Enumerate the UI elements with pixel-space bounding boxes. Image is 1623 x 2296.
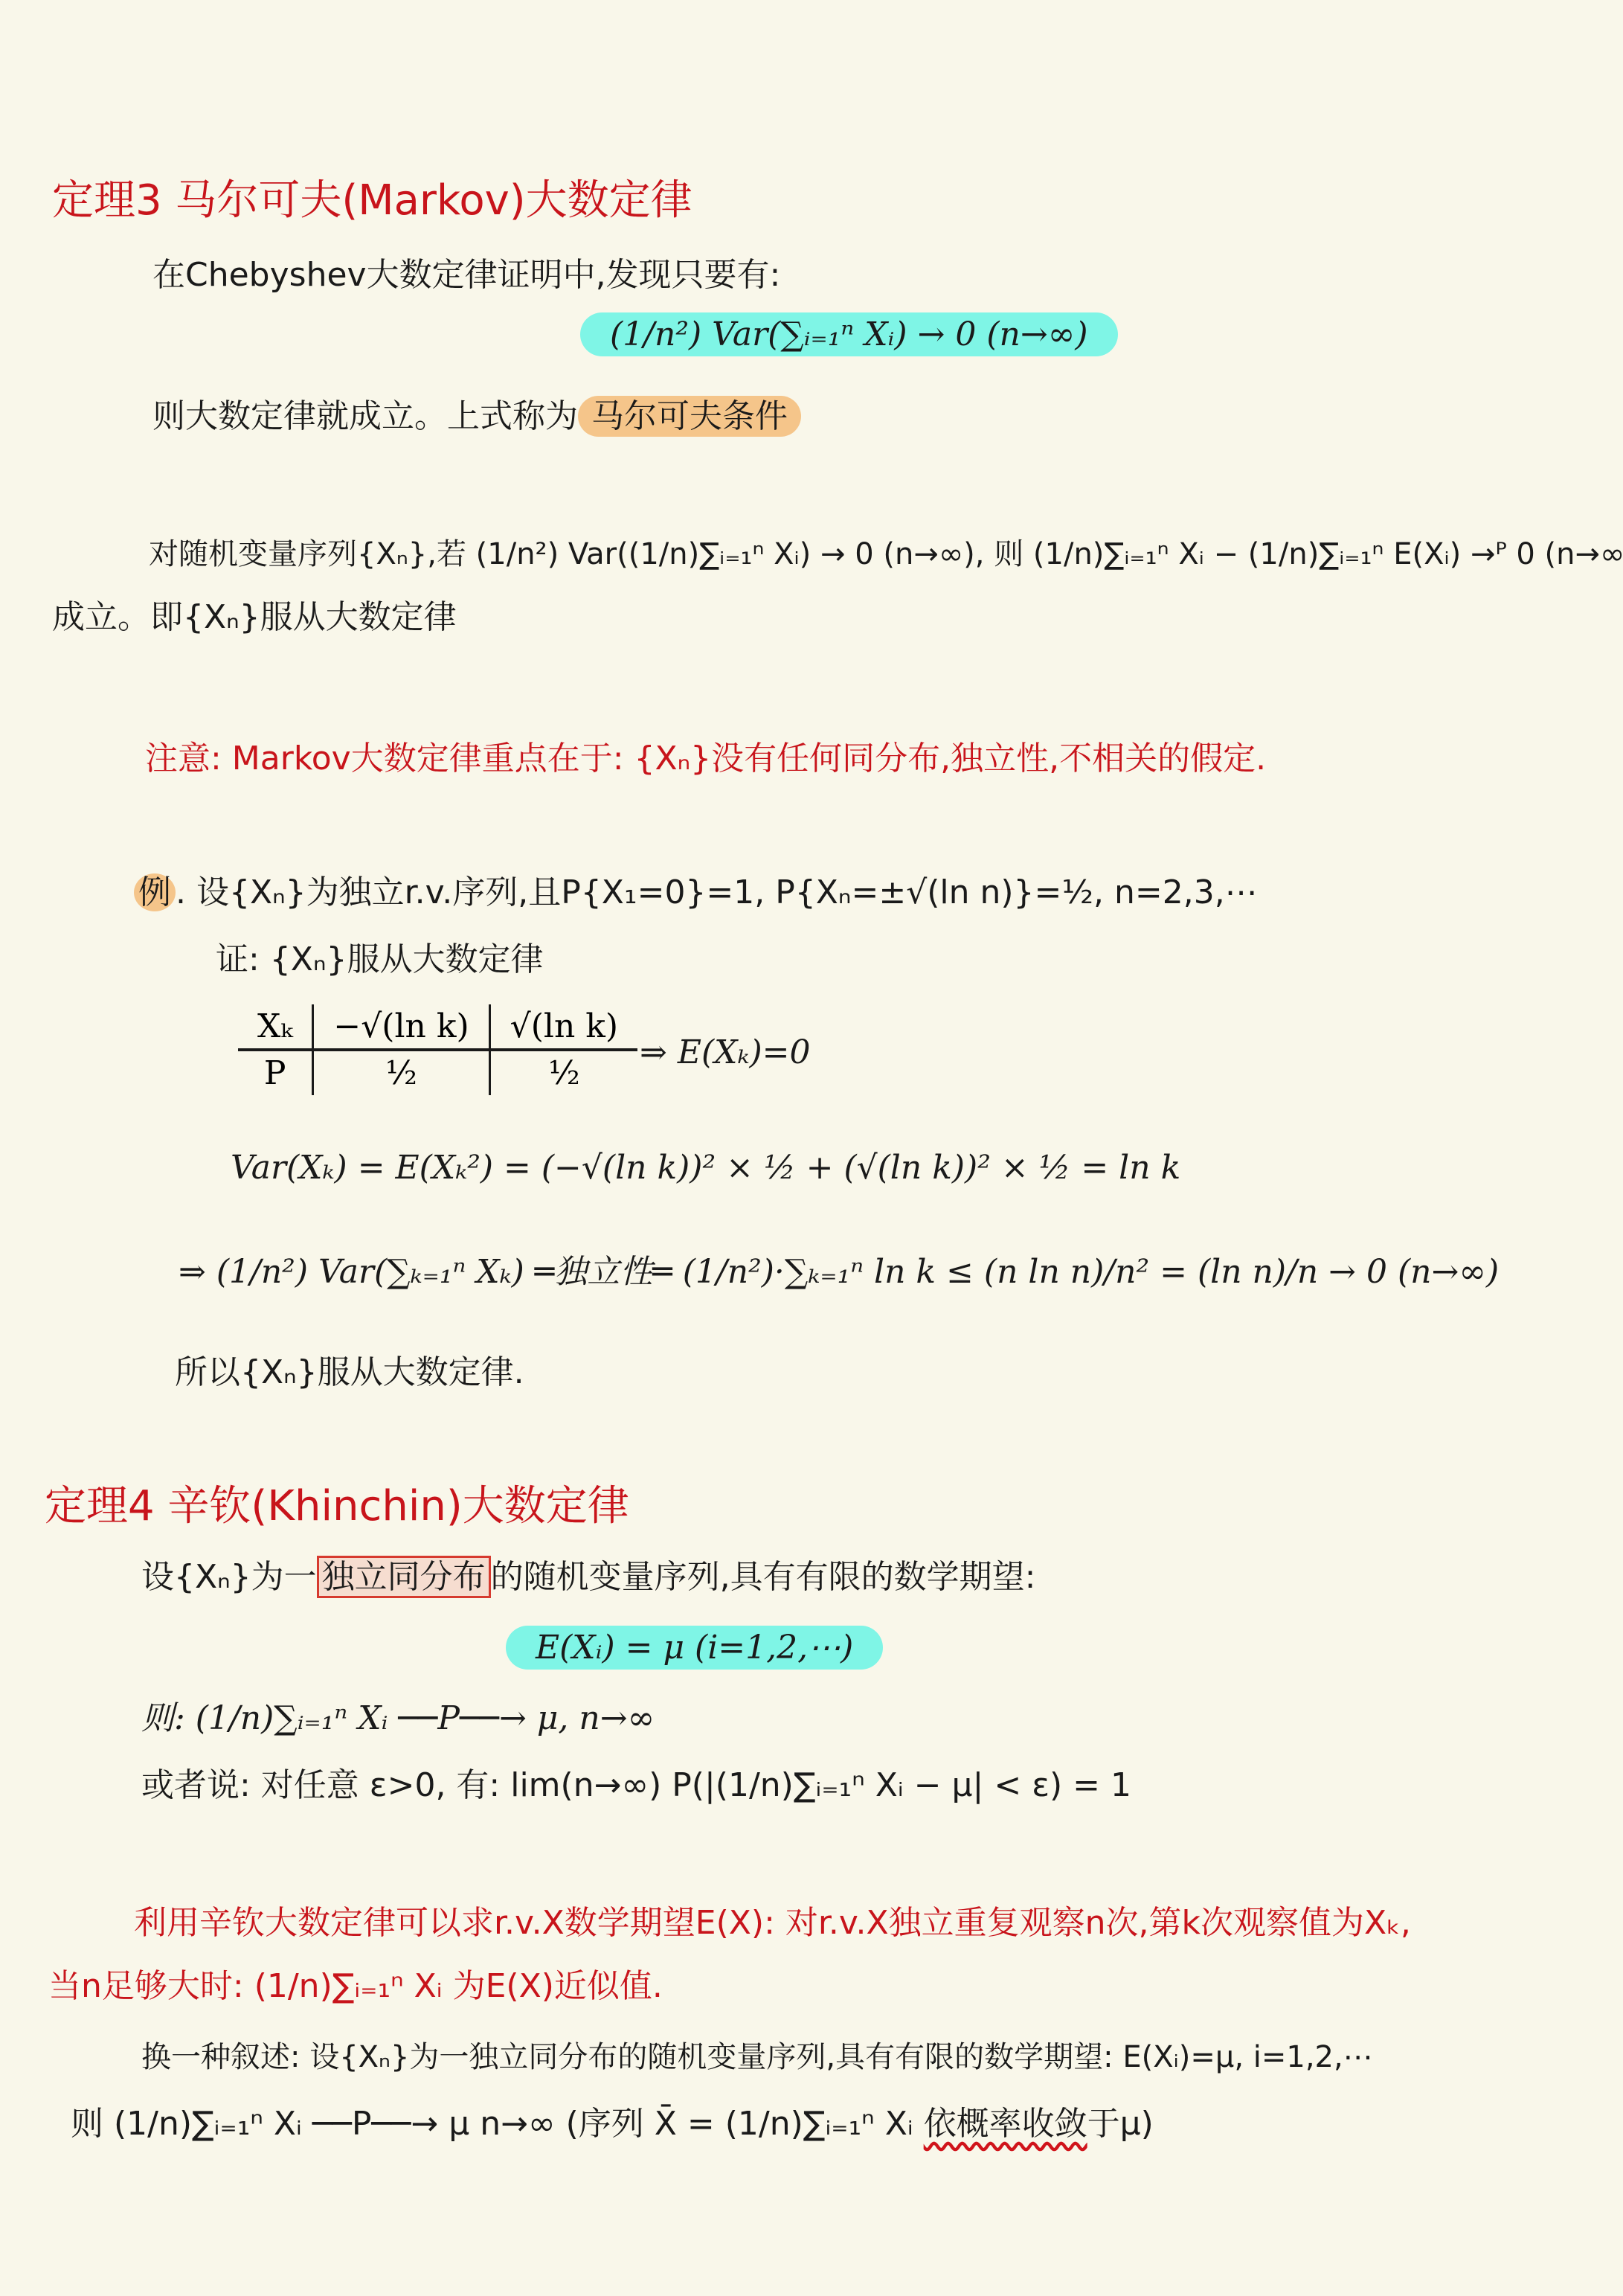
khinchin-equivalent: 或者说: 对任意 ε>0, 有: lim(n→∞) P(|(1/n)∑ᵢ₌₁ⁿ … [141, 1763, 1131, 1808]
variance-bound: ⇒ (1/n²) Var(∑ₖ₌₁ⁿ Xₖ) ═独立性═ (1/n²)·∑ₖ₌₁… [179, 1250, 1499, 1295]
example-problem-text: . 设{Xₙ}为独立r.v.序列,且P{X₁=0}=1, P{Xₙ=±√(ln … [176, 873, 1258, 911]
restate-line-2: 则 (1/n)∑ᵢ₌₁ⁿ Xᵢ ──P──→ μ n→∞ (序列 X̄ = (1… [71, 2102, 1154, 2146]
theorem3-conclusion: 则大数定律就成立。上式称为马尔可夫条件 [152, 394, 801, 439]
example-problem: 例. 设{Xₙ}为独立r.v.序列,且P{X₁=0}=1, P{Xₙ=±√(ln… [134, 870, 1258, 915]
theorem3-statement-2: 成立。即{Xₙ}服从大数定律 [52, 595, 457, 640]
theorem3-intro: 在Chebyshev大数定律证明中,发现只要有: [152, 253, 780, 298]
application-line-1: 利用辛钦大数定律可以求r.v.X数学期望E(X): 对r.v.X独立重复观察n次… [134, 1901, 1411, 1946]
iid-boxed-term: 独立同分布 [317, 1556, 491, 1598]
distribution-table: Xₖ −√(ln k) √(ln k) P ½ ½ [238, 1004, 637, 1095]
table-cell: −√(ln k) [313, 1004, 489, 1050]
convergence-in-probability-term: 依概率收敛 [924, 2105, 1087, 2143]
table-cell: Xₖ [238, 1004, 313, 1050]
theorem3-statement-1: 对随机变量序列{Xₙ},若 (1/n²) Var((1/n)∑ᵢ₌₁ⁿ Xᵢ) … [149, 532, 1623, 577]
theorem4-title: 定理4 辛钦(Khinchin)大数定律 [45, 1484, 629, 1529]
cyan-highlight: (1/n²) Var(∑ᵢ₌₁ⁿ Xᵢ) → 0 (n→∞) [580, 312, 1118, 356]
example-conclusion: 所以{Xₙ}服从大数定律. [175, 1350, 524, 1395]
table-row: P ½ ½ [238, 1050, 637, 1095]
theorem3-title: 定理3 马尔可夫(Markov)大数定律 [52, 179, 692, 223]
theorem4-intro: 设{Xₙ}为一独立同分布的随机变量序列,具有有限的数学期望: [141, 1555, 1035, 1600]
khinchin-result: 则: (1/n)∑ᵢ₌₁ⁿ Xᵢ ──P──→ μ, n→∞ [141, 1696, 655, 1741]
restate-line-1: 换一种叙述: 设{Xₙ}为一独立同分布的随机变量序列,具有有限的数学期望: E(… [141, 2035, 1373, 2079]
restate-suffix: 于μ) [1087, 2105, 1154, 2143]
cyan-highlight: E(Xᵢ) = μ (i=1,2,⋯) [506, 1626, 883, 1670]
table-cell: √(ln k) [489, 1004, 637, 1050]
intro-prefix: 设{Xₙ}为一 [141, 1558, 317, 1596]
example-prove: 证: {Xₙ}服从大数定律 [216, 937, 543, 982]
expectation-result: ⇒ E(Xₖ)=0 [640, 1030, 811, 1075]
restate-prefix: 则 (1/n)∑ᵢ₌₁ⁿ Xᵢ ──P──→ μ n→∞ (序列 X̄ = (1… [71, 2105, 924, 2143]
example-badge: 例 [134, 873, 176, 911]
table-cell: ½ [313, 1050, 489, 1095]
variance-derivation: Var(Xₖ) = E(Xₖ²) = (−√(ln k))² × ½ + (√(… [231, 1146, 1180, 1190]
table-cell: P [238, 1050, 313, 1095]
markov-condition-formula: (1/n²) Var(∑ᵢ₌₁ⁿ Xᵢ) → 0 (n→∞) [580, 312, 1118, 357]
theorem3-note: 注意: Markov大数定律重点在于: {Xₙ}没有任何同分布,独立性,不相关的… [145, 737, 1266, 781]
note-page: 定理3 马尔可夫(Markov)大数定律 在Chebyshev大数定律证明中,发… [0, 0, 1623, 2296]
intro-suffix: 的随机变量序列,具有有限的数学期望: [491, 1558, 1036, 1596]
markov-condition-term: 马尔可夫条件 [578, 396, 801, 437]
expectation-formula: E(Xᵢ) = μ (i=1,2,⋯) [506, 1626, 883, 1670]
table-header-row: Xₖ −√(ln k) √(ln k) [238, 1004, 637, 1050]
table-cell: ½ [489, 1050, 637, 1095]
conclusion-text: 则大数定律就成立。上式称为 [152, 397, 578, 435]
application-line-2: 当n足够大时: (1/n)∑ᵢ₌₁ⁿ Xᵢ 为E(X)近似值. [48, 1964, 663, 2009]
